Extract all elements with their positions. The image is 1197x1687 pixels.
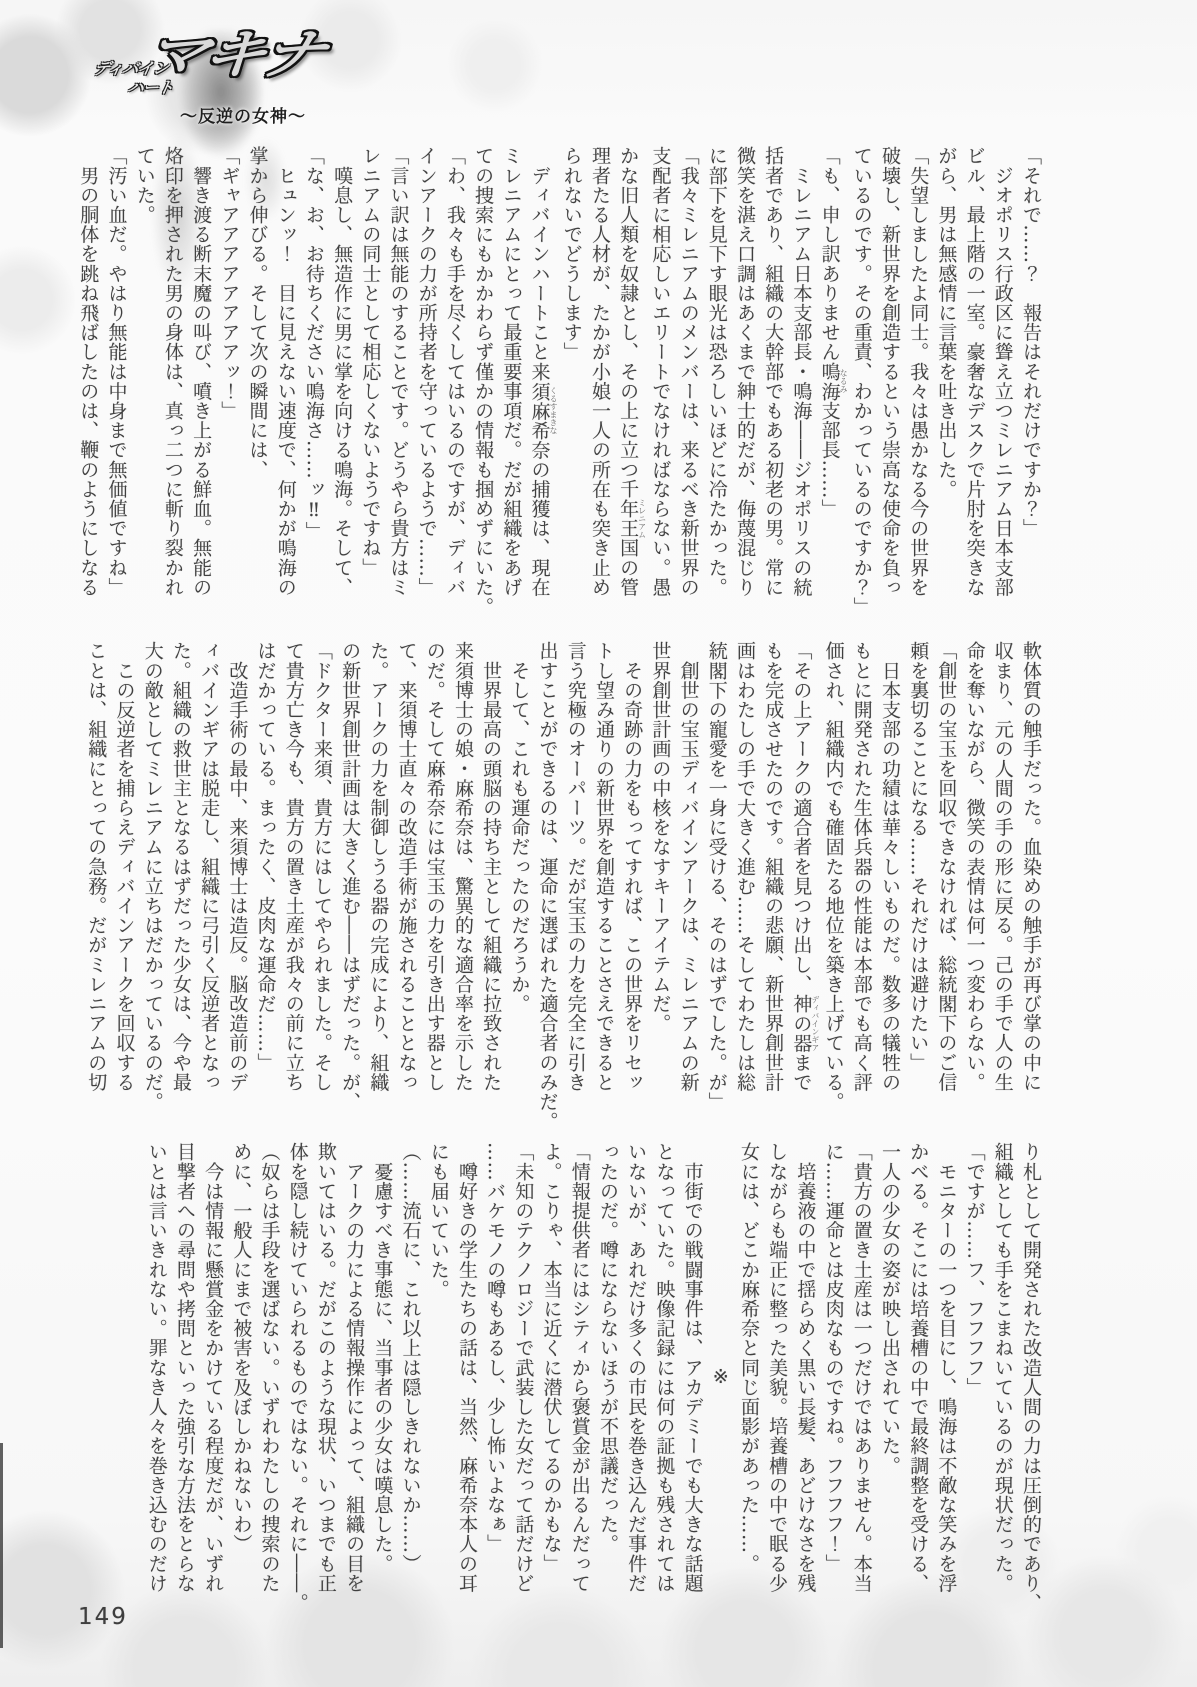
text-column: の新世界創世計画は大きく進む――はずだった。が、: [336, 641, 364, 1111]
text-column: 「汚い血だ。やはり無能は中身まで無価値ですね」: [102, 146, 130, 616]
text-column: られないでどうします」: [558, 146, 586, 616]
text-column: めに、一般人にまで被害を及ぼしかねないわ）: [227, 1142, 255, 1612]
text-column: となっていた。映像記録には何の証拠も残されては: [650, 1142, 678, 1612]
text-column: 培養液の中で揺らめく黒い長髪、あどけなさを残: [791, 1142, 819, 1612]
text-column: 価され、組織内でも確固たる地位を築き上げている。: [819, 641, 847, 1111]
text-column: ィバインギアは脱走し、組織に弓引く反逆者となっ: [195, 641, 223, 1111]
text-column: 「その上アークの適合者を見つけ出し、神の器ディバインギアまで: [787, 641, 819, 1111]
text-column: 烙印を押された男の身体は、真っ二つに斬り裂かれ: [159, 146, 187, 616]
text-column: にも届いていた。: [425, 1142, 453, 1612]
text-column: しながらも端正に整った美貌。培養槽の中で眠る少: [763, 1142, 791, 1612]
text-column: ジオポリス行政区に聳え立つミレニアム日本支部: [989, 146, 1017, 616]
text-column: に……運命とは皮肉なものですね。フフフフ！」: [819, 1142, 847, 1612]
text-column: 収まり、元の人間の手の形に戻る。己の手で人の生: [989, 641, 1017, 1111]
text-column: 今は情報に懸賞金をかけている程度だが、いずれ: [199, 1142, 227, 1612]
text-column: ているのです。その重責、わかっているのですか？」: [848, 146, 876, 616]
text-column: かな旧人類を奴隷とし、その上に立つ千年王国ミレニアムの管: [614, 146, 646, 616]
text-column: ヒュンッ！ 目に見えない速度で、何かが鳴海の: [272, 146, 300, 616]
text-column: 市街での戦闘事件は、アカデミーでも大きな話題: [678, 1142, 706, 1612]
text-column: もを完成させたのです。組織の悲願、新世界創世計: [759, 641, 787, 1111]
text-column: に部下を見下す眼光は恐ろしいほどに冷たかった。: [703, 146, 731, 616]
text-column: 来須博士の娘・麻希奈は、驚異的な適合率を示した: [449, 641, 477, 1111]
text-column: 「言い訳は無能のすることです。どうやら貴方はミ: [384, 146, 412, 616]
text-column: 「ドクター来須、貴方にはしてやられました。そし: [308, 641, 336, 1111]
text-column: いとは言いきれない。罪なき人々を巻き込むのだけ: [143, 1142, 171, 1612]
text-column: 世界最高の頭脳の持ち主として組織に拉致された: [477, 641, 505, 1111]
scan-edge-artifact: [0, 1443, 3, 1648]
text-column: ていた。: [131, 146, 159, 616]
text-column: ての捜索にもかかわらず僅かの情報も掴めずにいた。: [469, 146, 497, 616]
text-column: 憂慮すべき事態に、当事者の少女は嘆息した。: [368, 1142, 396, 1612]
logo-subtitle: ～反逆の女神～: [180, 102, 306, 127]
text-column: 欺いてはいる。だがこのような現状、いつまでも正: [312, 1142, 340, 1612]
text-column: そして、これも運命だったのだろうか。: [505, 641, 533, 1111]
text-column: ミレニアムにとって最重要事項だ。だが組織をあげ: [497, 146, 525, 616]
text-column: かべる。そこには培養槽の中で最終調整を受ける、: [904, 1142, 932, 1612]
text-column: ことは、組織にとっての急務。だがミレニアムの切: [82, 641, 110, 1111]
text-column: 理者たる人材が、たかが小娘一人の所在も突き止め: [586, 146, 614, 616]
logo-title: マキナ: [137, 28, 326, 82]
text-column: 嘆息し、無造作に男に掌を向ける鳴海。そして、: [328, 146, 356, 616]
text-column: 日本支部の功績は華々しいものだ。数多の犠牲の: [876, 641, 904, 1111]
text-column: 括者であり、組織の大幹部でもある初老の男。常に: [759, 146, 787, 616]
text-column: 掌から伸びる。そして次の瞬間には、: [243, 146, 271, 616]
text-column: 世界創世計画の中核をなすキーアイテムだ。: [646, 641, 674, 1111]
text-band-middle: 軟体質の触手だった。血染めの触手が再び掌の中に収まり、元の人間の手の形に戻る。己…: [82, 641, 1045, 1111]
text-column: レニアムの同士として相応しくないようですね」: [356, 146, 384, 616]
text-column: り札として開発された改造人間の力は圧倒的であり、: [1017, 1142, 1045, 1612]
text-column: 「な、お、お待ちください鳴海さ……ッ‼」: [300, 146, 328, 616]
text-column: アークの力による情報操作によって、組織の目を: [340, 1142, 368, 1612]
text-column: 「我々ミレニアムのメンバーは、来るべき新世界の: [674, 146, 702, 616]
text-column: 「貴方の置き土産は一つだけではありません。本当: [848, 1142, 876, 1612]
text-column: その奇跡の力をもってすれば、この世界をリセッ: [618, 641, 646, 1111]
text-column: ったのだ。噂にならないほうが不思議だった。: [594, 1142, 622, 1612]
text-column: た。アークの力を制御しうる器の完成により、組織: [364, 641, 392, 1111]
text-column: 出すことができるのは、運命に選ばれた適合者のみだ。: [533, 641, 561, 1111]
text-column: インアークの力が所持者を守っているようで……」: [413, 146, 441, 616]
text-column: よ。こりゃ、本当に近くに潜伏してるのかもな」: [537, 1142, 565, 1612]
text-column: がら、男は無感情に言葉を吐き出した。: [932, 146, 960, 616]
text-column: て、来須博士直々の改造手術が施されることとなっ: [392, 641, 420, 1111]
text-column: 「ですが……フ、フフフフ」: [960, 1142, 988, 1612]
text-column: ミレニアム日本支部長・鳴海――ジオポリスの統: [787, 146, 815, 616]
text-column: 「情報提供者にはシティから褒賞金が出るんだって: [566, 1142, 594, 1612]
text-column: モニターの一つを目にし、鳴海は不敵な笑みを浮: [932, 1142, 960, 1612]
text-column: 創世の宝玉ディバインアークは、ミレニアムの新: [674, 641, 702, 1111]
text-column: 「ギャアアアアアアアアッ！」: [215, 146, 243, 616]
text-column: て貴方亡き今も、貴方の置き土産が我々の前に立ち: [280, 641, 308, 1111]
text-column: のだ。そして麻希奈には宝玉の力を引き出す器とし: [421, 641, 449, 1111]
text-column: 統閣下の寵愛を一身に受ける、そのはずでした。が」: [703, 641, 731, 1111]
text-column: ※: [707, 1142, 735, 1612]
text-column: 「も、申し訳ありません鳴海なるみ支部長……」: [815, 146, 847, 616]
text-column: 「わ、我々も手を尽くしてはいるのですが、ディバ: [441, 146, 469, 616]
text-column: 頼を裏切ることになる……それだけは避けたい」: [904, 641, 932, 1111]
text-column: 微笑を湛え口調はあくまで紳士的だが、侮蔑混じり: [731, 146, 759, 616]
text-column: 画はわたしの手で大きく進む……そしてわたしは総: [731, 641, 759, 1111]
text-column: もとに開発された生体兵器の性能は本部でも高く評: [848, 641, 876, 1111]
text-column: 一人の少女の姿が映し出されていた。: [876, 1142, 904, 1612]
text-column: はだかっている。まったく、皮肉な運命だ……」: [251, 641, 279, 1111]
text-column: 「創世の宝玉を回収できなければ、総統閣下のご信: [932, 641, 960, 1111]
text-column: ……バケモノの噂もあるし、少し怖いよなぁ」: [481, 1142, 509, 1612]
text-column: ディバインハートこと来須麻希奈くるすまきなの捕獲は、現在: [525, 146, 557, 616]
series-logo: ディバイン ハート マキナ ～反逆の女神～: [88, 26, 348, 136]
text-column: 「それで……？ 報告はそれだけですか？」: [1017, 146, 1045, 616]
text-column: （……流石に、これ以上は隠しきれないか……）: [396, 1142, 424, 1612]
text-column: 男の胴体を跳ね飛ばしたのは、鞭のようにしなる: [74, 146, 102, 616]
text-column: 体を隠し続けていられるものではない。それに――。: [284, 1142, 312, 1612]
text-column: 命を奪いながら、微笑の表情は何一つ変わらない。: [960, 641, 988, 1111]
text-column: 軟体質の触手だった。血染めの触手が再び掌の中に: [1017, 641, 1045, 1111]
text-column: 噂好きの学生たちの話は、当然、麻希奈本人の耳: [453, 1142, 481, 1612]
text-column: （奴らは手段を選ばない。いずれわたしの捜索のた: [255, 1142, 283, 1612]
text-column: この反逆者を捕らえディバインアークを回収する: [110, 641, 138, 1111]
text-column: ビル、最上階の一室。豪奢なデスクで片肘を突きな: [960, 146, 988, 616]
text-column: 支配者に相応しいエリートでなければならない。愚: [646, 146, 674, 616]
text-column: 組織としても手をこまねいているのが現状だった。: [989, 1142, 1017, 1612]
text-column: 目撃者への尋問や拷問といった強引な方法をとらな: [171, 1142, 199, 1612]
text-column: 響き渡る断末魔の叫び、噴き上がる鮮血。無能の: [187, 146, 215, 616]
text-column: 改造手術の最中、来須博士は造反。脳改造前のデ: [223, 641, 251, 1111]
text-column: 大の敵としてミレニアムに立ちはだかっているのだ。: [139, 641, 167, 1111]
text-column: 「失望しましたよ同士。我々は愚かなる今の世界を: [904, 146, 932, 616]
text-column: 言う究極のオーパーツ。だが宝玉の力を完全に引き: [562, 641, 590, 1111]
text-column: 破壊し、新世界を創造するという崇高な使命を負っ: [876, 146, 904, 616]
text-band-bottom: り札として開発された改造人間の力は圧倒的であり、組織としても手をこまねいているの…: [143, 1142, 1046, 1612]
text-band-top: 「それで……？ 報告はそれだけですか？」 ジオポリス行政区に聳え立つミレニアム日…: [74, 146, 1045, 616]
text-column: トし望み通りの新世界を創造することさえできると: [590, 641, 618, 1111]
text-column: 女には、どこか麻希奈と同じ面影があった……。: [735, 1142, 763, 1612]
novel-page-scan: ディバイン ハート マキナ ～反逆の女神～ 「それで……？ 報告はそれだけですか…: [0, 0, 1197, 1687]
text-column: た。組織の救世主となるはずだった少女は、今や最: [167, 641, 195, 1111]
text-column: いないが、あれだけ多くの市民を巻き込んだ事件だ: [622, 1142, 650, 1612]
text-column: 「未知のテクノロジーで武装した女だって話だけど: [509, 1142, 537, 1612]
page-number: 149: [78, 1604, 128, 1630]
